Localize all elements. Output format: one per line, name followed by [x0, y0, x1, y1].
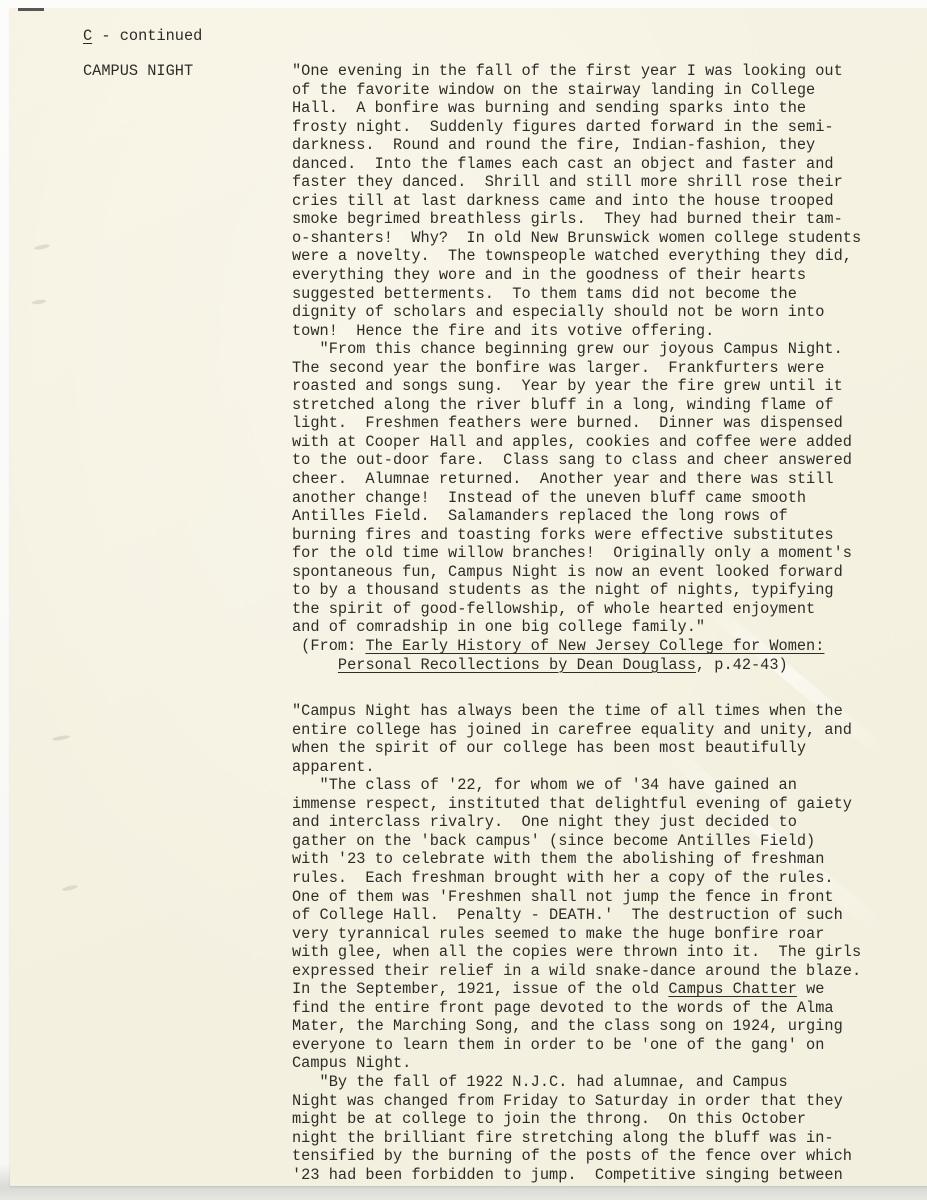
text-segment: "The class of '22, for whom we of '34 ha… — [292, 776, 797, 794]
topic-label: CAMPUS NIGHT — [83, 62, 193, 81]
text-segment: spontaneous fun, Campus Night is now an … — [292, 563, 843, 581]
text-line: entire college has joined in carefree eq… — [292, 721, 892, 740]
text-segment: and of comradship in one big college fam… — [292, 618, 705, 636]
text-line: "From this chance beginning grew our joy… — [292, 340, 892, 359]
text-line: with at Cooper Hall and apples, cookies … — [292, 433, 892, 452]
text-line: apparent. — [292, 758, 892, 777]
text-segment: very tyrannical rules seemed to make the… — [292, 925, 824, 943]
text-segment: and interclass rivalry. One night they j… — [292, 813, 797, 831]
text-line: another change! Instead of the uneven bl… — [292, 489, 892, 508]
text-line: light. Freshmen feathers were burned. Di… — [292, 414, 892, 433]
text-segment: (From: — [292, 637, 365, 655]
text-line: Personal Recollections by Dean Douglass,… — [292, 656, 892, 675]
text-segment: everyone to learn them in order to be 'o… — [292, 1036, 824, 1054]
text-line: Night was changed from Friday to Saturda… — [292, 1092, 892, 1111]
text-segment: light. Freshmen feathers were burned. Di… — [292, 414, 843, 432]
text-line: were a novelty. The townspeople watched … — [292, 247, 892, 266]
text-line: roasted and songs sung. Year by year the… — [292, 377, 892, 396]
text-segment: night the brilliant fire stretching alon… — [292, 1129, 834, 1147]
text-segment: suggested betterments. To them tams did … — [292, 285, 797, 303]
underlined-text: Campus Chatter — [668, 980, 797, 998]
text-segment: tensified by the burning of the posts of… — [292, 1147, 852, 1165]
scan-smudge — [52, 734, 70, 741]
text-line: smoke begrimed breathless girls. They ha… — [292, 210, 892, 229]
text-segment: In the September, 1921, issue of the old — [292, 980, 668, 998]
text-segment — [292, 656, 338, 674]
text-segment: Campus Night. — [292, 1054, 411, 1072]
text-line: burning fires and toasting forks were ef… — [292, 526, 892, 545]
text-segment: when the spirit of our college has been … — [292, 739, 806, 757]
text-line: of the favorite window on the stairway l… — [292, 81, 892, 100]
text-line: "The class of '22, for whom we of '34 ha… — [292, 776, 892, 795]
text-line: spontaneous fun, Campus Night is now an … — [292, 563, 892, 582]
text-line: gather on the 'back campus' (since becom… — [292, 832, 892, 851]
text-line: "By the fall of 1922 N.J.C. had alumnae,… — [292, 1073, 892, 1092]
text-line: Mater, the Marching Song, and the class … — [292, 1017, 892, 1036]
text-line: '23 had been forbidden to jump. Competit… — [292, 1166, 892, 1185]
text-segment: o-shanters! Why? In old New Brunswick wo… — [292, 229, 861, 247]
body-text: "One evening in the fall of the first ye… — [292, 62, 892, 1184]
text-line: with glee, when all the copies were thro… — [292, 943, 892, 962]
text-line: find the entire front page devoted to th… — [292, 999, 892, 1018]
text-segment: gather on the 'back campus' (since becom… — [292, 832, 815, 850]
text-line: to the out-door fare. Class sang to clas… — [292, 451, 892, 470]
text-segment: to the out-door fare. Class sang to clas… — [292, 451, 852, 469]
text-line: of College Hall. Penalty - DEATH.' The d… — [292, 906, 892, 925]
text-segment: with at Cooper Hall and apples, cookies … — [292, 433, 852, 451]
text-line: In the September, 1921, issue of the old… — [292, 980, 892, 999]
text-line — [292, 674, 892, 702]
text-line: very tyrannical rules seemed to make the… — [292, 925, 892, 944]
text-segment: immense respect, instituted that delight… — [292, 795, 852, 813]
text-segment: Hall. A bonfire was burning and sending … — [292, 99, 806, 117]
text-line: to by a thousand students as the night o… — [292, 581, 892, 600]
scan-smudge — [32, 299, 46, 305]
scan-smudge — [62, 884, 78, 892]
text-segment: we — [797, 980, 825, 998]
text-segment: everything they wore and in the goodness… — [292, 266, 806, 284]
text-line: everything they wore and in the goodness… — [292, 266, 892, 285]
text-segment: smoke begrimed breathless girls. They ha… — [292, 210, 843, 228]
text-segment: roasted and songs sung. Year by year the… — [292, 377, 843, 395]
text-segment: rules. Each freshman brought with her a … — [292, 869, 834, 887]
text-line: "One evening in the fall of the first ye… — [292, 62, 892, 81]
text-line: Hall. A bonfire was burning and sending … — [292, 99, 892, 118]
text-segment: frosty night. Suddenly figures darted fo… — [292, 118, 834, 136]
section-letter: C — [83, 27, 92, 45]
text-segment: another change! Instead of the uneven bl… — [292, 489, 806, 507]
text-segment: the spirit of good-fellowship, of whole … — [292, 600, 815, 618]
text-line: and of comradship in one big college fam… — [292, 618, 892, 637]
text-segment: town! Hence the fire and its votive offe… — [292, 322, 714, 340]
text-segment: cheer. Alumnae returned. Another year an… — [292, 470, 834, 488]
text-segment: "One evening in the fall of the first ye… — [292, 62, 843, 80]
text-line: the spirit of good-fellowship, of whole … — [292, 600, 892, 619]
text-line: rules. Each freshman brought with her a … — [292, 869, 892, 888]
text-segment: , p.42-43) — [696, 656, 788, 674]
text-segment: darkness. Round and round the fire, Indi… — [292, 136, 815, 154]
text-segment: for the old time willow branches! Origin… — [292, 544, 852, 562]
text-line: frosty night. Suddenly figures darted fo… — [292, 118, 892, 137]
scan-edge-mark — [18, 8, 44, 11]
text-segment: "By the fall of 1922 N.J.C. had alumnae,… — [292, 1073, 788, 1091]
text-segment: to by a thousand students as the night o… — [292, 581, 834, 599]
text-segment: find the entire front page devoted to th… — [292, 999, 834, 1017]
text-line: night the brilliant fire stretching alon… — [292, 1129, 892, 1148]
text-segment: danced. Into the flames each cast an obj… — [292, 155, 834, 173]
underlined-text: The Early History of New Jersey College … — [365, 637, 824, 655]
text-segment: Night was changed from Friday to Saturda… — [292, 1092, 843, 1110]
text-segment: One of them was 'Freshmen shall not jump… — [292, 888, 834, 906]
text-line: Campus Night. — [292, 1054, 892, 1073]
text-segment: were a novelty. The townspeople watched … — [292, 247, 852, 265]
text-segment: cries till at last darkness came and int… — [292, 192, 834, 210]
text-segment: with glee, when all the copies were thro… — [292, 943, 861, 961]
text-segment: The second year the bonfire was larger. … — [292, 359, 824, 377]
text-segment: burning fires and toasting forks were ef… — [292, 526, 834, 544]
text-line: dignity of scholars and especially shoul… — [292, 303, 892, 322]
text-line: cries till at last darkness came and int… — [292, 192, 892, 211]
text-segment: with '23 to celebrate with them the abol… — [292, 850, 824, 868]
text-line: o-shanters! Why? In old New Brunswick wo… — [292, 229, 892, 248]
underlined-text: Personal Recollections by Dean Douglass — [338, 656, 696, 674]
text-segment: might be at college to join the throng. … — [292, 1110, 806, 1128]
text-line: danced. Into the flames each cast an obj… — [292, 155, 892, 174]
section-header-suffix: - continued — [92, 27, 202, 45]
text-line: "Campus Night has always been the time o… — [292, 702, 892, 721]
text-segment: apparent. — [292, 758, 375, 776]
text-segment: faster they danced. Shrill and still mor… — [292, 173, 843, 191]
text-segment: expressed their relief in a wild snake-d… — [292, 962, 861, 980]
text-line: suggested betterments. To them tams did … — [292, 285, 892, 304]
text-line: when the spirit of our college has been … — [292, 739, 892, 758]
text-segment: '23 had been forbidden to jump. Competit… — [292, 1166, 843, 1184]
text-line: expressed their relief in a wild snake-d… — [292, 962, 892, 981]
text-line: for the old time willow branches! Origin… — [292, 544, 892, 563]
text-line: with '23 to celebrate with them the abol… — [292, 850, 892, 869]
document-page: C - continued CAMPUS NIGHT "One evening … — [10, 8, 927, 1186]
text-segment: stretched along the river bluff in a lon… — [292, 396, 834, 414]
text-line: (From: The Early History of New Jersey C… — [292, 637, 892, 656]
text-segment: of the favorite window on the stairway l… — [292, 81, 815, 99]
text-line: and interclass rivalry. One night they j… — [292, 813, 892, 832]
scan-smudge — [34, 243, 50, 250]
text-line: immense respect, instituted that delight… — [292, 795, 892, 814]
text-line: The second year the bonfire was larger. … — [292, 359, 892, 378]
text-line: tensified by the burning of the posts of… — [292, 1147, 892, 1166]
text-segment: Mater, the Marching Song, and the class … — [292, 1017, 843, 1035]
text-line: town! Hence the fire and its votive offe… — [292, 322, 892, 341]
section-header: C - continued — [83, 27, 202, 46]
text-segment: of College Hall. Penalty - DEATH.' The d… — [292, 906, 843, 924]
text-line: might be at college to join the throng. … — [292, 1110, 892, 1129]
text-line: One of them was 'Freshmen shall not jump… — [292, 888, 892, 907]
text-line: everyone to learn them in order to be 'o… — [292, 1036, 892, 1055]
text-line: stretched along the river bluff in a lon… — [292, 396, 892, 415]
text-line: darkness. Round and round the fire, Indi… — [292, 136, 892, 155]
text-segment: dignity of scholars and especially shoul… — [292, 303, 824, 321]
text-segment: entire college has joined in carefree eq… — [292, 721, 852, 739]
text-line: cheer. Alumnae returned. Another year an… — [292, 470, 892, 489]
text-line: faster they danced. Shrill and still mor… — [292, 173, 892, 192]
text-segment: "Campus Night has always been the time o… — [292, 702, 843, 720]
text-line: Antilles Field. Salamanders replaced the… — [292, 507, 892, 526]
text-segment: "From this chance beginning grew our joy… — [292, 340, 843, 358]
text-segment: Antilles Field. Salamanders replaced the… — [292, 507, 788, 525]
